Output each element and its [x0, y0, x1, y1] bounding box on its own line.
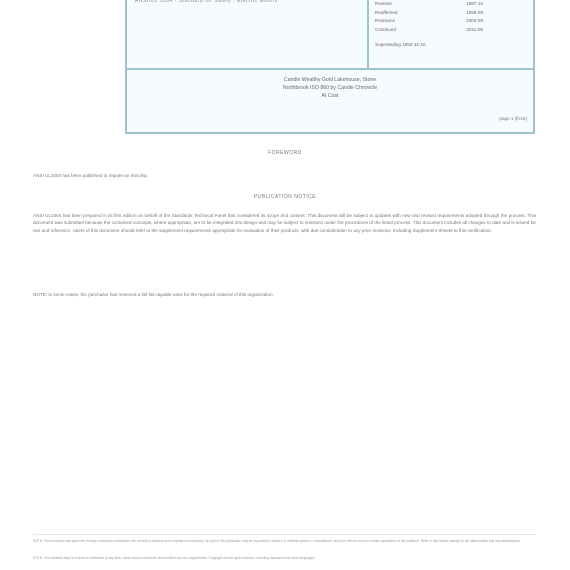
footer-note-2: NOTE: This standard may be revised or wi…: [33, 556, 536, 561]
revision-row: Reaffirmed 1995-09: [375, 9, 533, 18]
revision-history: Revised 1987-10 Reaffirmed 1995-09 Revis…: [375, 0, 533, 47]
publication-notice-note: NOTE: In some cases, the purchaser has r…: [33, 291, 536, 298]
publication-notice-heading: PUBLICATION NOTICE: [0, 194, 570, 200]
title-text: ANSI/UL 1004 · Standard for Safety · Ele…: [135, 0, 278, 4]
publication-notice-paragraph: ANSI UL1004 has been prepared in its fir…: [33, 212, 536, 234]
revision-box: ANSI/UL 1004 · Standard for Safety · Ele…: [125, 0, 535, 134]
revision-row: Continued 2011-09: [375, 26, 533, 35]
address-block: Candle Wealthy Gold Lakehouse, Stone Nor…: [127, 76, 533, 100]
box-divider: [127, 68, 533, 70]
page-reference: page 1 (front): [499, 116, 527, 121]
revision-row: Revised 1987-10: [375, 0, 533, 9]
title-cell: ANSI/UL 1004 · Standard for Safety · Ele…: [127, 0, 369, 70]
revision-summary: Superseding 1992-12-10: [375, 42, 533, 47]
footer-note-1: NOTE: This document was approved through…: [33, 539, 536, 544]
foreword-text: ANSI UL1004 has been published to requir…: [33, 172, 536, 179]
foreword-heading: FOREWORD: [0, 150, 570, 156]
revision-row: Revisions 2003-09: [375, 17, 533, 26]
footer-divider: [33, 534, 536, 535]
